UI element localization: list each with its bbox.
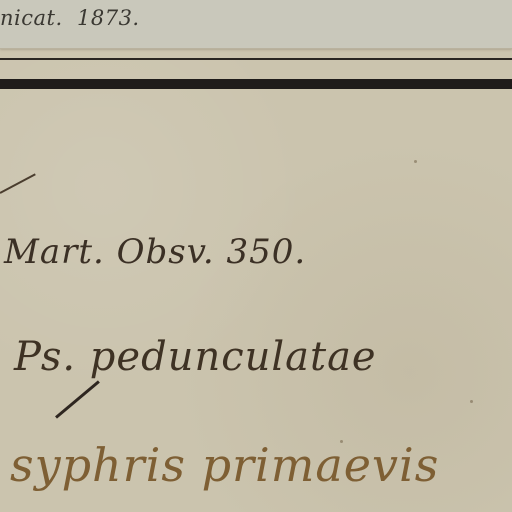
handwritten-reference-line: Mart. Obsv. 350. bbox=[4, 232, 306, 272]
paper-speck bbox=[470, 400, 473, 403]
paper-speck bbox=[414, 160, 417, 163]
printed-label-strip: nicat. 1873. bbox=[0, 0, 512, 49]
thick-rule-divider bbox=[0, 79, 512, 89]
handwritten-note-line: syphris primaevis bbox=[10, 438, 439, 492]
paper-speck bbox=[340, 440, 343, 443]
printed-label-text: nicat. 1873. bbox=[0, 6, 140, 30]
handwritten-species-line: Ps. pedunculatae bbox=[14, 334, 377, 380]
thin-rule-divider bbox=[0, 58, 512, 60]
